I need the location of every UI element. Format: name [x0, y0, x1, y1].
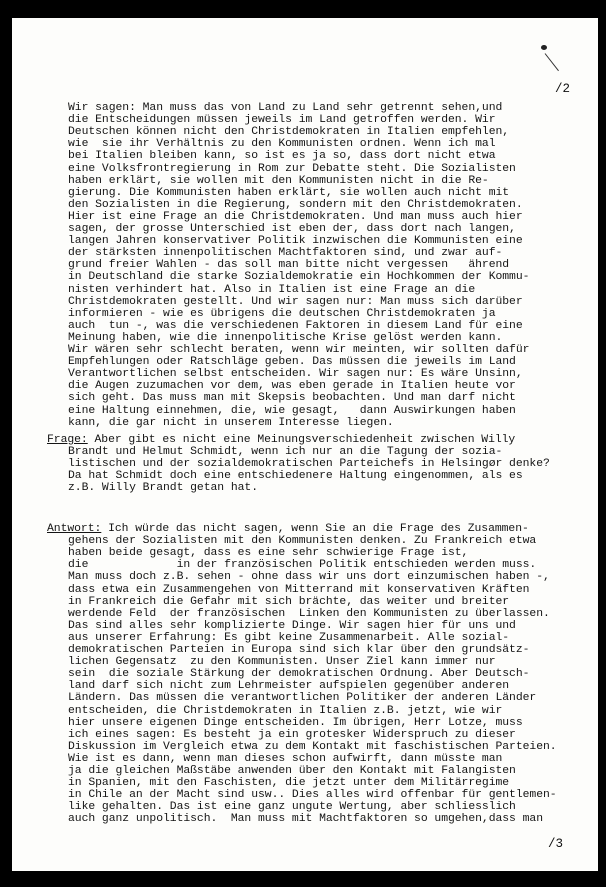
text-line: lichen Gegensatz zu den Kommunisten. Uns… [68, 656, 496, 668]
text-line: grund freier Wahlen - das soll man bitte… [68, 259, 509, 271]
text-line: nisten verhindert hat. Also in Italien i… [68, 284, 475, 296]
text-line: Hier ist eine Frage an die Christdemokra… [68, 211, 523, 223]
text-line: Verantwortlichen selbst entscheiden. Wir… [68, 368, 523, 380]
text-line: kann, die gar nicht in unserem Interesse… [68, 417, 394, 429]
question-first-line: Frage: Aber gibt es nicht eine Meinungsv… [47, 434, 515, 446]
text-line: bei Italien bleiben kann, so ist es ja s… [68, 150, 496, 162]
text-line: Brandt und Helmut Schmidt, wenn ich nur … [68, 446, 502, 458]
text-line: auch tun -, was die verschiedenen Faktor… [68, 320, 523, 332]
text-line: die in der französischen Politik entschi… [68, 559, 536, 571]
text-line: Deutschen können nicht den Christdemokra… [68, 126, 509, 138]
text-line: der stärksten innenpolitischen Machtfakt… [68, 247, 502, 259]
page-number-top: /2 [555, 82, 570, 96]
text-line: eine Haltung einnehmen, die, wie gesagt,… [68, 405, 516, 417]
text-line: listischen und der sozialdemokratischen … [68, 458, 550, 470]
text-line: gehens der Sozialisten mit den Kommunist… [68, 535, 536, 547]
text-line: in Deutschland die starke Sozialdemokrat… [68, 271, 529, 283]
text-line: in Spanien, mit den Faschisten, die jetz… [68, 777, 509, 789]
answer-label: Antwort: [47, 523, 101, 535]
ink-mark [545, 53, 559, 71]
text-line: langen Jahren konservativer Politik inzw… [68, 235, 523, 247]
page-number-bottom: /3 [548, 837, 563, 851]
text-line: in Frankreich die Gefahr mit sich brächt… [68, 596, 509, 608]
document-page: /2 Wir sagen: Man muss das von Land zu L… [12, 18, 598, 871]
text-line: informieren - wie es übrigens die deutsc… [68, 308, 496, 320]
text-line: Das sind alles sehr komplizierte Dinge. … [68, 620, 516, 632]
text-line: aus unserer Erfahrung: Es gibt keine Zus… [68, 632, 509, 644]
text-line: Wie ist es dann, wenn man dieses schon a… [68, 753, 502, 765]
text-line: wie sie ihr Verhältnis zu den Kommuniste… [68, 138, 496, 150]
text-line: haben erklärt, sie wollen mit den Kommun… [68, 175, 489, 187]
text-line: in Chile an der Macht sind usw.. Dies al… [68, 789, 557, 801]
text-line: sagen, der grosse Unterschied ist eben d… [68, 223, 516, 235]
text-line: ja die gleichen Maßstäbe anwenden über d… [68, 765, 516, 777]
text-line: gierung. Die Kommunisten haben erklärt, … [68, 187, 509, 199]
text-line: dass etwa ein Zusammengehen von Mitterra… [68, 584, 529, 596]
text-line: Ländern. Das müssen die verantwortlichen… [68, 692, 536, 704]
text-line: Meinung haben, wie die innenpolitische K… [68, 332, 502, 344]
question-label: Frage: [47, 434, 88, 446]
text-line: Christdemokraten gestellt. Und wir sagen… [68, 296, 523, 308]
text-line: Wir sagen: Man muss das von Land zu Land… [68, 102, 502, 114]
text-line: z.B. Willy Brandt getan hat. [68, 482, 258, 494]
text-line: haben beide gesagt, dass es eine sehr sc… [68, 547, 468, 559]
text-line: die Augen zuzumachen vor dem, was eben g… [68, 380, 516, 392]
text-line: Da hat Schmidt doch eine entschiedenere … [68, 470, 523, 482]
text-line: Man muss doch z.B. sehen - ohne dass wir… [68, 571, 550, 583]
answer-first-line: Antwort: Ich würde das nicht sagen, wenn… [47, 523, 529, 535]
text-line: die Entscheidungen müssen jeweils im Lan… [68, 114, 496, 126]
text-line: Diskussion im Vergleich etwa zu dem Kont… [68, 741, 557, 753]
text-line: ich eines sagen: Es besteht ja ein grote… [68, 729, 516, 741]
text-line: land darf sich nicht zum Lehrmeister auf… [68, 680, 509, 692]
text-line: Empfehlungen oder Ratschläge geben. Das … [68, 356, 516, 368]
text-line: den Sozialisten in die Regierung, sonder… [68, 199, 523, 211]
text-line: eine Volksfrontregierung in Rom zur Deba… [68, 163, 516, 175]
text-line: sein die soziale Stärkung der demokratis… [68, 668, 529, 680]
text-line: Wir wären sehr schlecht beraten, wenn wi… [68, 344, 529, 356]
text-line: auch ganz unpolitisch. Man muss mit Mach… [68, 813, 543, 825]
text-line: like gehalten. Das ist eine ganz ungute … [68, 801, 516, 813]
text-line: sich geht. Das muss man mit Skepsis beob… [68, 392, 516, 404]
ink-smudge [541, 45, 547, 50]
text-line: demokratischen Parteien in Europa sind s… [68, 644, 529, 656]
text-line: werdende Feld der französischen Linken d… [68, 608, 550, 620]
text-line: hier unsere eigenen Dinge entscheiden. I… [68, 717, 523, 729]
text-line: entscheiden, die Christdemokraten in Ita… [68, 705, 502, 717]
